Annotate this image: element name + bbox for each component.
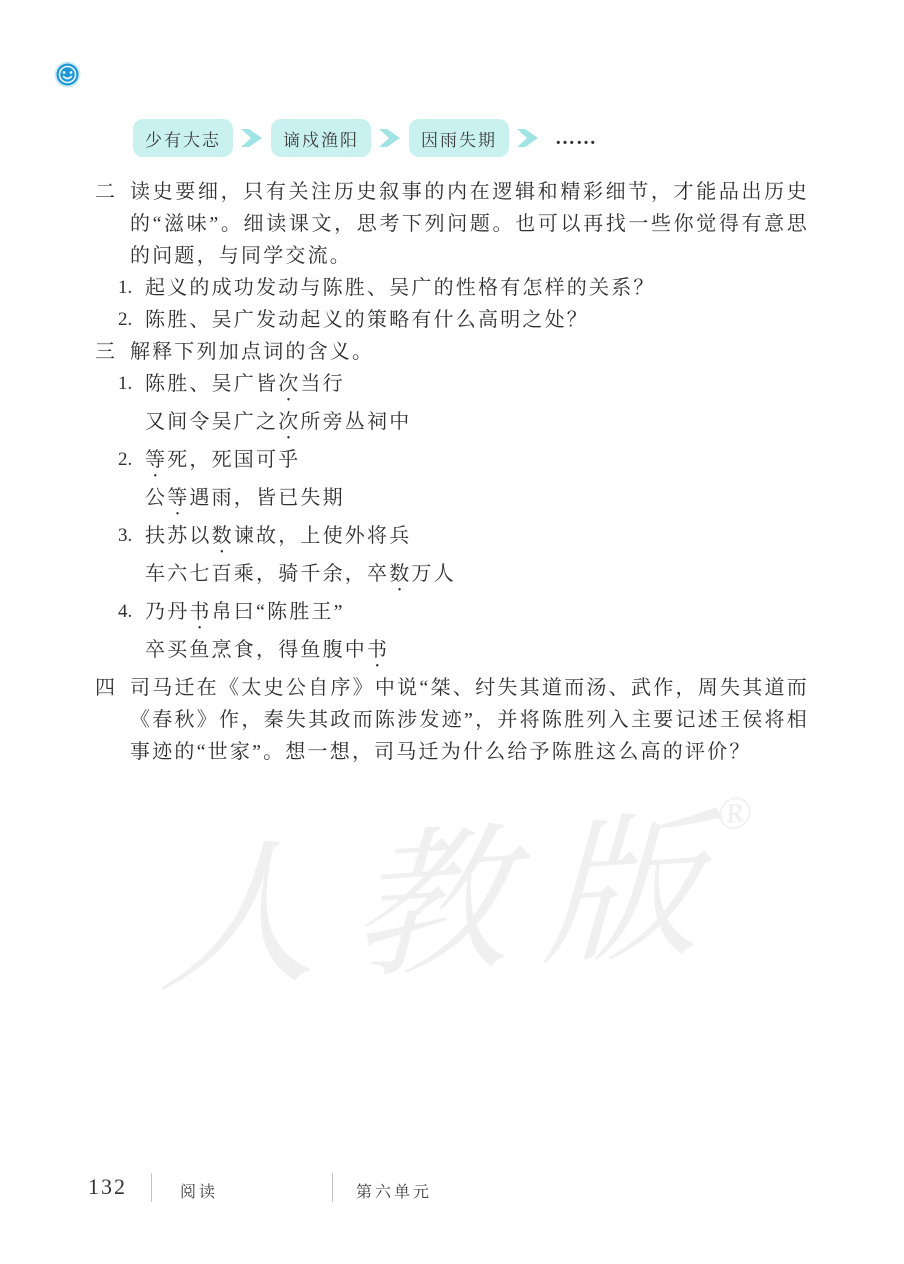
exercise-list: 二读史要细，只有关注历史叙事的内在逻辑和精彩细节，才能品出历史的“滋味”。细读课… xyxy=(95,176,809,768)
item-line: 又间令吴广之次所旁丛祠中 xyxy=(145,406,809,444)
flow-step: 少有大志 xyxy=(133,119,233,157)
emphasized-word: 等 xyxy=(145,449,167,471)
item-number: 2. xyxy=(118,444,145,520)
item-number: 3. xyxy=(118,520,145,596)
item-lines: 扶苏以数谏故，上使外将兵车六七百乘，骑千余，卒数万人 xyxy=(145,520,809,596)
item-lines: 陈胜、吴广皆次当行又间令吴广之次所旁丛祠中 xyxy=(145,368,809,444)
flow-step: 谪戍渔阳 xyxy=(271,119,371,157)
exercise-item: 4.乃丹书帛曰“陈胜王”卒买鱼烹食，得鱼腹中书 xyxy=(95,596,809,672)
item-lines: 乃丹书帛曰“陈胜王”卒买鱼烹食，得鱼腹中书 xyxy=(145,596,809,672)
emphasized-word: 数 xyxy=(389,563,411,585)
section-marker: 二 xyxy=(95,176,130,272)
item-line: 陈胜、吴广发动起义的策略有什么高明之处？ xyxy=(145,304,809,336)
section-head: 三解释下列加点词的含义。 xyxy=(95,336,809,368)
emphasized-word: 数 xyxy=(212,525,234,547)
item-line: 乃丹书帛曰“陈胜王” xyxy=(145,596,809,634)
exercise-item: 1.起义的成功发动与陈胜、吴广的性格有怎样的关系？ xyxy=(95,272,809,304)
page-footer: 132 阅读 第六单元 xyxy=(0,1172,904,1206)
item-lines: 陈胜、吴广发动起义的策略有什么高明之处？ xyxy=(145,304,809,336)
emphasized-word: 次 xyxy=(278,411,300,433)
textbook-page: 少有大志谪戍渔阳因雨失期…… 二读史要细，只有关注历史叙事的内在逻辑和精彩细节，… xyxy=(0,0,904,1264)
emphasized-word: 书 xyxy=(367,639,389,661)
item-line: 车六七百乘，骑千余，卒数万人 xyxy=(145,558,809,596)
item-lines: 等死，死国可乎公等遇雨，皆已失期 xyxy=(145,444,809,520)
smiley-icon xyxy=(54,61,81,88)
emphasized-word: 等 xyxy=(167,487,189,509)
publisher-watermark: 人教版® xyxy=(157,753,783,1024)
item-line: 卒买鱼烹食，得鱼腹中书 xyxy=(145,634,809,672)
exercise-section: 二读史要细，只有关注历史叙事的内在逻辑和精彩细节，才能品出历史的“滋味”。细读课… xyxy=(95,176,809,336)
arrow-right-icon xyxy=(239,125,265,151)
section-head: 二读史要细，只有关注历史叙事的内在逻辑和精彩细节，才能品出历史的“滋味”。细读课… xyxy=(95,176,809,272)
section-text: 司马迁在《太史公自序》中说“桀、纣失其道而汤、武作，周失其道而《春秋》作，秦失其… xyxy=(130,672,809,768)
exercise-item: 3.扶苏以数谏故，上使外将兵车六七百乘，骑千余，卒数万人 xyxy=(95,520,809,596)
registered-trademark-icon: ® xyxy=(716,786,753,840)
exercise-section: 四司马迁在《太史公自序》中说“桀、纣失其道而汤、武作，周失其道而《春秋》作，秦失… xyxy=(95,672,809,768)
section-head: 四司马迁在《太史公自序》中说“桀、纣失其道而汤、武作，周失其道而《春秋》作，秦失… xyxy=(95,672,809,768)
item-number: 1. xyxy=(118,272,145,304)
emphasized-word: 次 xyxy=(278,373,300,395)
item-line: 起义的成功发动与陈胜、吴广的性格有怎样的关系？ xyxy=(145,272,809,304)
arrow-right-icon xyxy=(515,125,541,151)
footer-divider xyxy=(332,1173,333,1202)
flow-ellipsis: …… xyxy=(555,127,597,150)
section-marker: 三 xyxy=(95,336,130,368)
flowchart: 少有大志谪戍渔阳因雨失期…… xyxy=(133,119,597,157)
item-line: 等死，死国可乎 xyxy=(145,444,809,482)
item-line: 陈胜、吴广皆次当行 xyxy=(145,368,809,406)
exercise-item: 2.陈胜、吴广发动起义的策略有什么高明之处？ xyxy=(95,304,809,336)
item-number: 2. xyxy=(118,304,145,336)
exercise-section: 三解释下列加点词的含义。1.陈胜、吴广皆次当行又间令吴广之次所旁丛祠中2.等死，… xyxy=(95,336,809,672)
smiley-icon-svg xyxy=(54,61,81,88)
section-text: 读史要细，只有关注历史叙事的内在逻辑和精彩细节，才能品出历史的“滋味”。细读课文… xyxy=(130,176,809,272)
item-line: 公等遇雨，皆已失期 xyxy=(145,482,809,520)
item-lines: 起义的成功发动与陈胜、吴广的性格有怎样的关系？ xyxy=(145,272,809,304)
watermark-text: 人教版 xyxy=(157,797,738,1013)
page-number: 132 xyxy=(88,1174,127,1200)
footer-unit-label: 第六单元 xyxy=(356,1179,432,1202)
item-line: 扶苏以数谏故，上使外将兵 xyxy=(145,520,809,558)
section-marker: 四 xyxy=(95,672,130,768)
arrow-right-icon xyxy=(377,125,403,151)
emphasized-word: 书 xyxy=(189,601,211,623)
footer-divider xyxy=(151,1173,152,1202)
flow-step: 因雨失期 xyxy=(409,119,509,157)
item-number: 1. xyxy=(118,368,145,444)
item-number: 4. xyxy=(118,596,145,672)
footer-section-label: 阅读 xyxy=(180,1179,218,1202)
section-text: 解释下列加点词的含义。 xyxy=(130,336,809,368)
exercise-item: 2.等死，死国可乎公等遇雨，皆已失期 xyxy=(95,444,809,520)
exercise-item: 1.陈胜、吴广皆次当行又间令吴广之次所旁丛祠中 xyxy=(95,368,809,444)
